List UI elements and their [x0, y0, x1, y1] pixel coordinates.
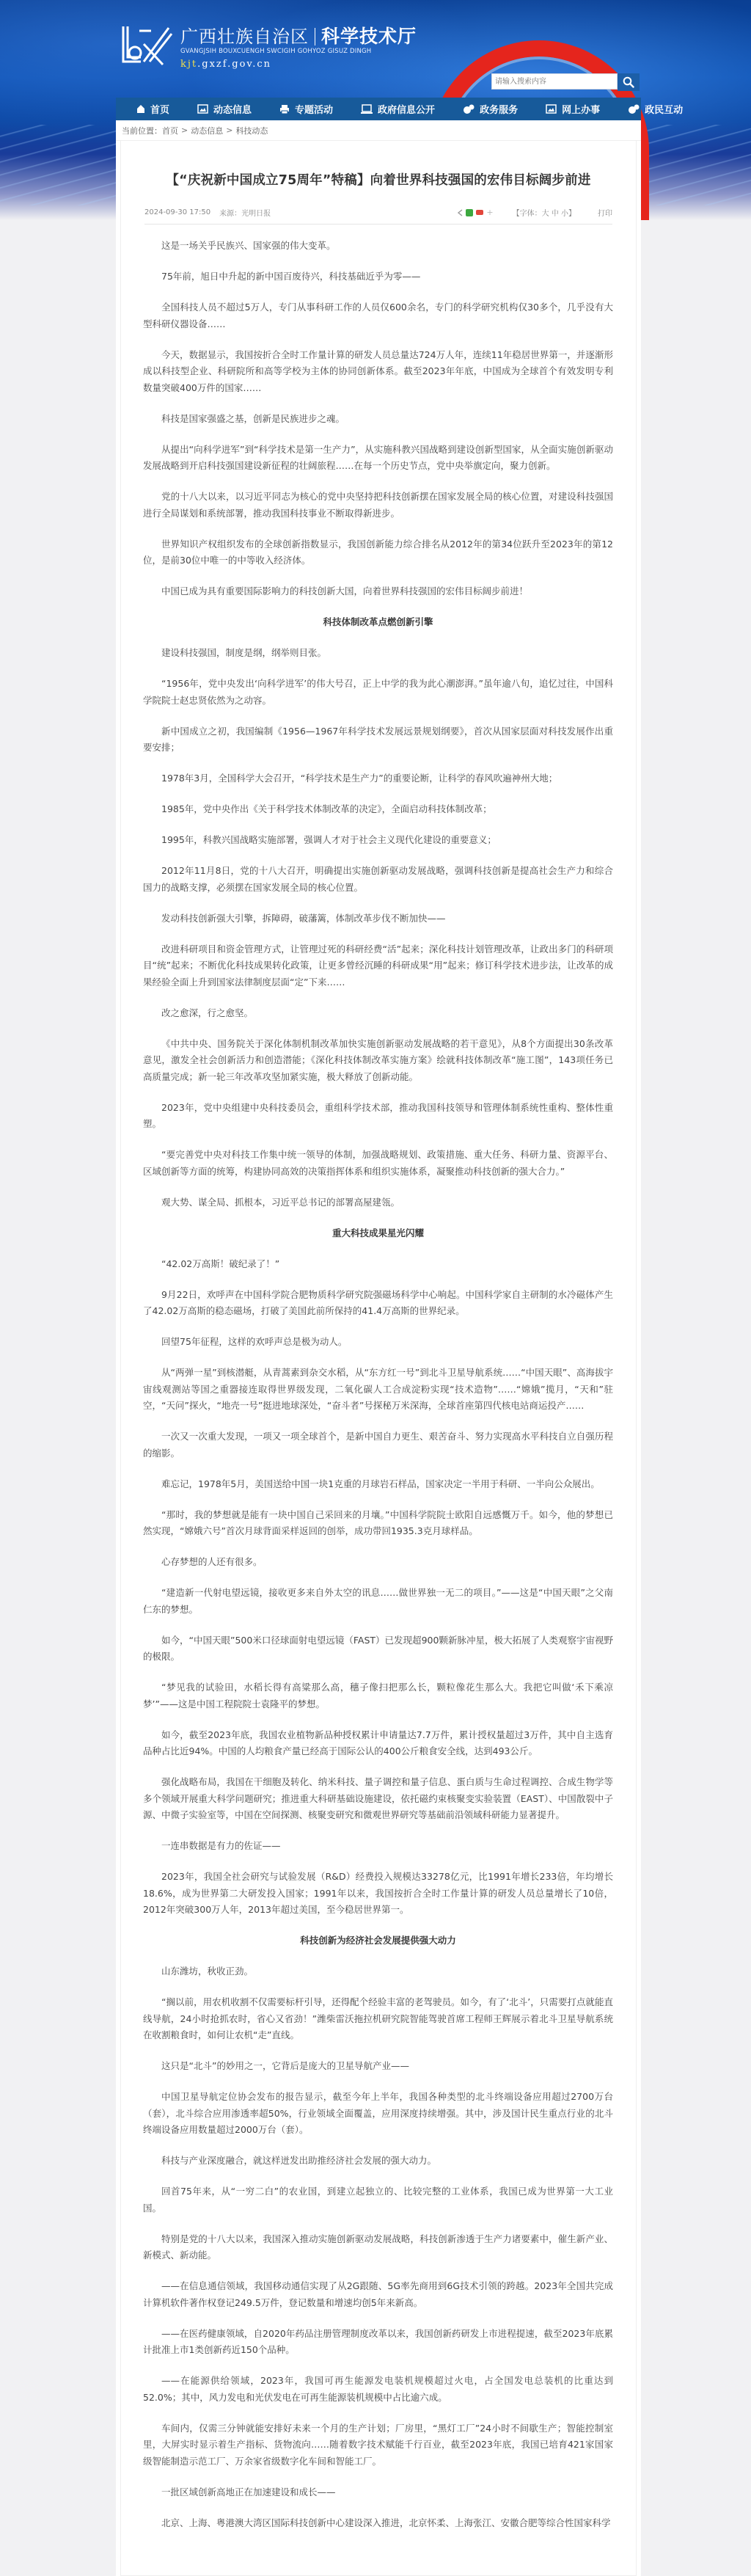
article-paragraph: 一次又一次重大发现，一项又一项全球首个，是新中国自力更生、艰苦奋斗、努力实现高水…: [143, 1429, 613, 1462]
site-title: 广西壮族自治区科学技术厅: [180, 22, 417, 48]
share-bar: +: [457, 208, 493, 217]
article-paragraph: 改之愈深，行之愈坚。: [143, 1005, 613, 1022]
article-paragraph: 中国已成为具有重要国际影响力的科技创新大国，向着世界科技强国的宏伟目标阔步前进！: [143, 583, 613, 600]
wechat-share-icon[interactable]: [466, 209, 473, 216]
chat-bubbles-icon: [463, 104, 475, 114]
article-paragraph: 如今，“中国天眼”500米口径球面射电望远镜（FAST）已发现超900颗新脉冲星…: [143, 1632, 613, 1665]
breadcrumb-separator: >: [181, 125, 188, 135]
site-subtitle: GVANGJSIH BOUXCUENGH SWCIGIH GOHYOZ GISU…: [180, 48, 371, 55]
nav-item-interaction[interactable]: 政民互动: [628, 102, 683, 116]
breadcrumb-separator: >: [226, 125, 232, 135]
section-heading: 科技体制改革点燃创新引擎: [143, 614, 613, 631]
article-paragraph: ——在能源供给领域，2023年，我国可再生能源发电装机规模超过火电，占全国发电总…: [143, 2373, 613, 2406]
article-paragraph: 北京、上海、粤港澳大湾区国际科技创新中心建设深入推进，北京怀柔、上海张江、安徽合…: [143, 2515, 613, 2532]
article-paragraph: 1985年，党中央作出《关于科学技术体制改革的决定》，全面启动科技体制改革；: [143, 801, 613, 818]
article-paragraph: 从“两弹一星”到核潜艇，从青蒿素到杂交水稻，从“东方红一号”到北斗卫星导航系统……: [143, 1365, 613, 1415]
search-box: [491, 73, 641, 91]
article-paragraph: 一批区域创新高地正在加速建设和成长——: [143, 2484, 613, 2501]
main-nav: 首页 动态信息 专题活动 政府信息公开 政务服务 网上办事 政民互动: [116, 98, 641, 120]
search-icon: [623, 76, 634, 88]
share-icon[interactable]: [457, 209, 463, 216]
region-name: 广西壮族自治区: [180, 26, 309, 47]
picture-icon: [546, 104, 557, 114]
content-page: 当前位置： 首页 > 动态信息 > 科技动态 【“庆祝新中国成立75周年”特稿】…: [116, 120, 641, 2576]
more-share-icon[interactable]: +: [486, 208, 493, 217]
breadcrumb-prefix: 当前位置：: [122, 125, 162, 136]
article-paragraph: ——在信息通信领域，我国移动通信实现了从2G跟随、5G率先商用到6G技术引领的跨…: [143, 2278, 613, 2311]
article-paragraph: 回望75年征程，这样的欢呼声总是极为动人。: [143, 1334, 613, 1351]
article-paragraph: 75年前，旭日中升起的新中国百废待兴，科技基础近乎为零——: [143, 269, 613, 285]
article-paragraph: 今天，数据显示，我国按折合全时工作量计算的研发人员总量达724万人年，连续11年…: [143, 347, 613, 397]
site-header: 广西壮族自治区科学技术厅 GVANGJSIH BOUXCUENGH SWCIGI…: [116, 0, 641, 95]
nav-item-home[interactable]: 首页: [136, 102, 169, 116]
monitor-icon: [361, 104, 373, 114]
publish-date: 2024-09-30 17:50: [144, 208, 210, 216]
article-paragraph: 山东潍坊，秋收正劲。: [143, 1963, 613, 1980]
weibo-share-icon[interactable]: [476, 210, 483, 215]
article-paragraph: 心存梦想的人还有很多。: [143, 1554, 613, 1571]
nav-item-gov-info[interactable]: 政府信息公开: [361, 102, 435, 116]
breadcrumb-news[interactable]: 动态信息: [191, 125, 223, 136]
article-paragraph: 改进科研项目和资金管理方式，让管理过死的科研经费“活”起来；深化科技计划管理改革…: [143, 941, 613, 991]
article-body: 这是一场关乎民族兴、国家强的伟大变革。75年前，旭日中升起的新中国百废待兴，科技…: [121, 225, 636, 2531]
article-paragraph: 如今，截至2023年底，我国农业植物新品种授权累计申请量达7.7万件，累计授权量…: [143, 1727, 613, 1760]
search-button[interactable]: [618, 73, 640, 91]
article-paragraph: 难忘记，1978年5月，美国送给中国一块1克重的月球岩石样品，国家决定一半用于科…: [143, 1476, 613, 1493]
kjt-logo-icon[interactable]: [119, 23, 173, 67]
article-paragraph: 从提出“向科学进军”到“科学技术是第一生产力”，从实施科教兴国战略到建设创新型国…: [143, 442, 613, 475]
article-paragraph: “那时，我的梦想就是能有一块中国自己采回来的月壤。”中国科学院院士欧阳自远感慨万…: [143, 1507, 613, 1540]
nav-item-online[interactable]: 网上办事: [546, 102, 600, 116]
home-icon: [136, 104, 145, 114]
article-paragraph: 回首75年来，从“一穷二白”的农业国，到建立起独立的、比较完整的工业体系，我国已…: [143, 2183, 613, 2216]
article-title: 【“庆祝新中国成立75周年”特稿】向着世界科技强国的宏伟目标阔步前进: [121, 141, 636, 201]
article-paragraph: 强化战略布局，我国在干细胞及转化、纳米科技、量子调控和量子信息、蛋白质与生命过程…: [143, 1774, 613, 1824]
article-paragraph: 车间内，仅需三分钟就能安排好未来一个月的生产计划；厂房里，“黑灯工厂”24小时不…: [143, 2420, 613, 2470]
article-paragraph: 中国卫星导航定位协会发布的报告显示，截至今年上半年，我国各种类型的北斗终端设备应…: [143, 2089, 613, 2139]
article-meta: 2024-09-30 17:50 来源：光明日报 + 【字体：大 中 小】 打印: [144, 201, 612, 225]
breadcrumb-tech-news[interactable]: 科技动态: [235, 125, 268, 136]
article-paragraph: 《中共中央、国务院关于深化体制机制改革加快实施创新驱动发展战略的若干意见》，从8…: [143, 1036, 613, 1086]
article-paragraph: 全国科技人员不超过5万人，专门从事科研工作的人员仅600余名，专门的科学研究机构…: [143, 299, 613, 332]
article-card: 【“庆祝新中国成立75周年”特稿】向着世界科技强国的宏伟目标阔步前进 2024-…: [120, 141, 637, 2576]
picture-icon: [197, 104, 208, 114]
article-paragraph: 2012年11月8日，党的十八大召开，明确提出实施创新驱动发展战略，强调科技创新…: [143, 863, 613, 896]
article-paragraph: 1995年，科教兴国战略实施部署，强调人才对于社会主义现代化建设的重要意义；: [143, 832, 613, 849]
site-url: kjt.gxzf.gov.cn: [180, 59, 271, 70]
article-paragraph: 科技与产业深度融合，就这样迸发出助推经济社会发展的强大动力。: [143, 2153, 613, 2170]
article-paragraph: ——在医药健康领域，自2020年药品注册管理制度改革以来，我国创新药研发上市进程…: [143, 2326, 613, 2359]
article-paragraph: 9月22日，欢呼声在中国科学院合肥物质科学研究院强磁场科学中心响起。中国科学家自…: [143, 1287, 613, 1320]
article-paragraph: 党的十八大以来，以习近平同志为核心的党中央坚持把科技创新摆在国家发展全局的核心位…: [143, 489, 613, 522]
article-paragraph: 这只是“北斗”的妙用之一，它背后是庞大的卫星导航产业——: [143, 2058, 613, 2075]
breadcrumb: 当前位置： 首页 > 动态信息 > 科技动态: [116, 120, 641, 141]
article-paragraph: 一连串数据是有力的佐证——: [143, 1838, 613, 1855]
article-paragraph: “1956年，党中央发出‘向科学进军’的伟大号召，正上中学的我为此心潮澎湃。”虽…: [143, 676, 613, 709]
article-paragraph: 1978年3月，全国科学大会召开，“科学技术是生产力”的重要论断，让科学的春风吹…: [143, 770, 613, 787]
article-paragraph: 建设科技强国，制度是纲，纲举则目张。: [143, 645, 613, 662]
article-paragraph: “要完善党中央对科技工作集中统一领导的体制，加强战略规划、政策措施、重大任务、科…: [143, 1147, 613, 1180]
article-paragraph: 观大势、谋全局、抓根本，习近平总书记的部署高屋建瓴。: [143, 1194, 613, 1211]
nav-item-topics[interactable]: 专题活动: [279, 102, 333, 116]
title-divider: [315, 28, 315, 45]
search-input[interactable]: [491, 73, 618, 90]
printer-icon: [279, 104, 290, 114]
article-paragraph: 新中国成立之初，我国编制《1956—1967年科学技术发展远景规划纲要》，首次从…: [143, 723, 613, 756]
article-paragraph: 这是一场关乎民族兴、国家强的伟大变革。: [143, 238, 613, 255]
chat-bubbles-icon: [628, 104, 640, 114]
breadcrumb-home[interactable]: 首页: [162, 125, 178, 136]
article-paragraph: 2023年，党中央组建中央科技委员会，重组科学技术部，推动我国科技领导和管理体制…: [143, 1100, 613, 1133]
article-paragraph: “梦见我的试验田，水稻长得有高粱那么高，穗子像扫把那么长，颗粒像花生那么大。我把…: [143, 1679, 613, 1712]
article-paragraph: 科技是国家强盛之基，创新是民族进步之魂。: [143, 411, 613, 428]
article-paragraph: “42.02万高斯！破纪录了！”: [143, 1256, 613, 1273]
print-button[interactable]: 打印: [598, 207, 612, 218]
section-heading: 重大科技成果星光闪耀: [143, 1225, 613, 1242]
department-name: 科学技术厅: [321, 26, 417, 47]
article-source: 来源：光明日报: [219, 207, 271, 218]
article-paragraph: 发动科技创新强大引擎，拆障碍，破藩篱，体制改革步伐不断加快——: [143, 911, 613, 927]
section-heading: 科技创新为经济社会发展提供强大动力: [143, 1933, 613, 1949]
nav-item-services[interactable]: 政务服务: [463, 102, 518, 116]
article-paragraph: 特别是党的十八大以来，我国深入推动实施创新驱动发展战略，科技创新渗透于生产力诸要…: [143, 2231, 613, 2264]
article-paragraph: “建造新一代射电望远镜，接收更多来自外太空的讯息……做世界独一无二的项目。”——…: [143, 1585, 613, 1618]
nav-item-news[interactable]: 动态信息: [197, 102, 252, 116]
article-paragraph: 世界知识产权组织发布的全球创新指数显示，我国创新能力综合排名从2012年的第34…: [143, 536, 613, 569]
font-size-control[interactable]: 【字体：大 中 小】: [513, 207, 576, 218]
article-paragraph: “搁以前，用农机收割不仅需要标杆引导，还得配个经验丰富的老驾驶员。如今，有了‘北…: [143, 1994, 613, 2044]
article-paragraph: 2023年，我国全社会研究与试验发展（R&D）经费投入规模达33278亿元，比1…: [143, 1869, 613, 1919]
